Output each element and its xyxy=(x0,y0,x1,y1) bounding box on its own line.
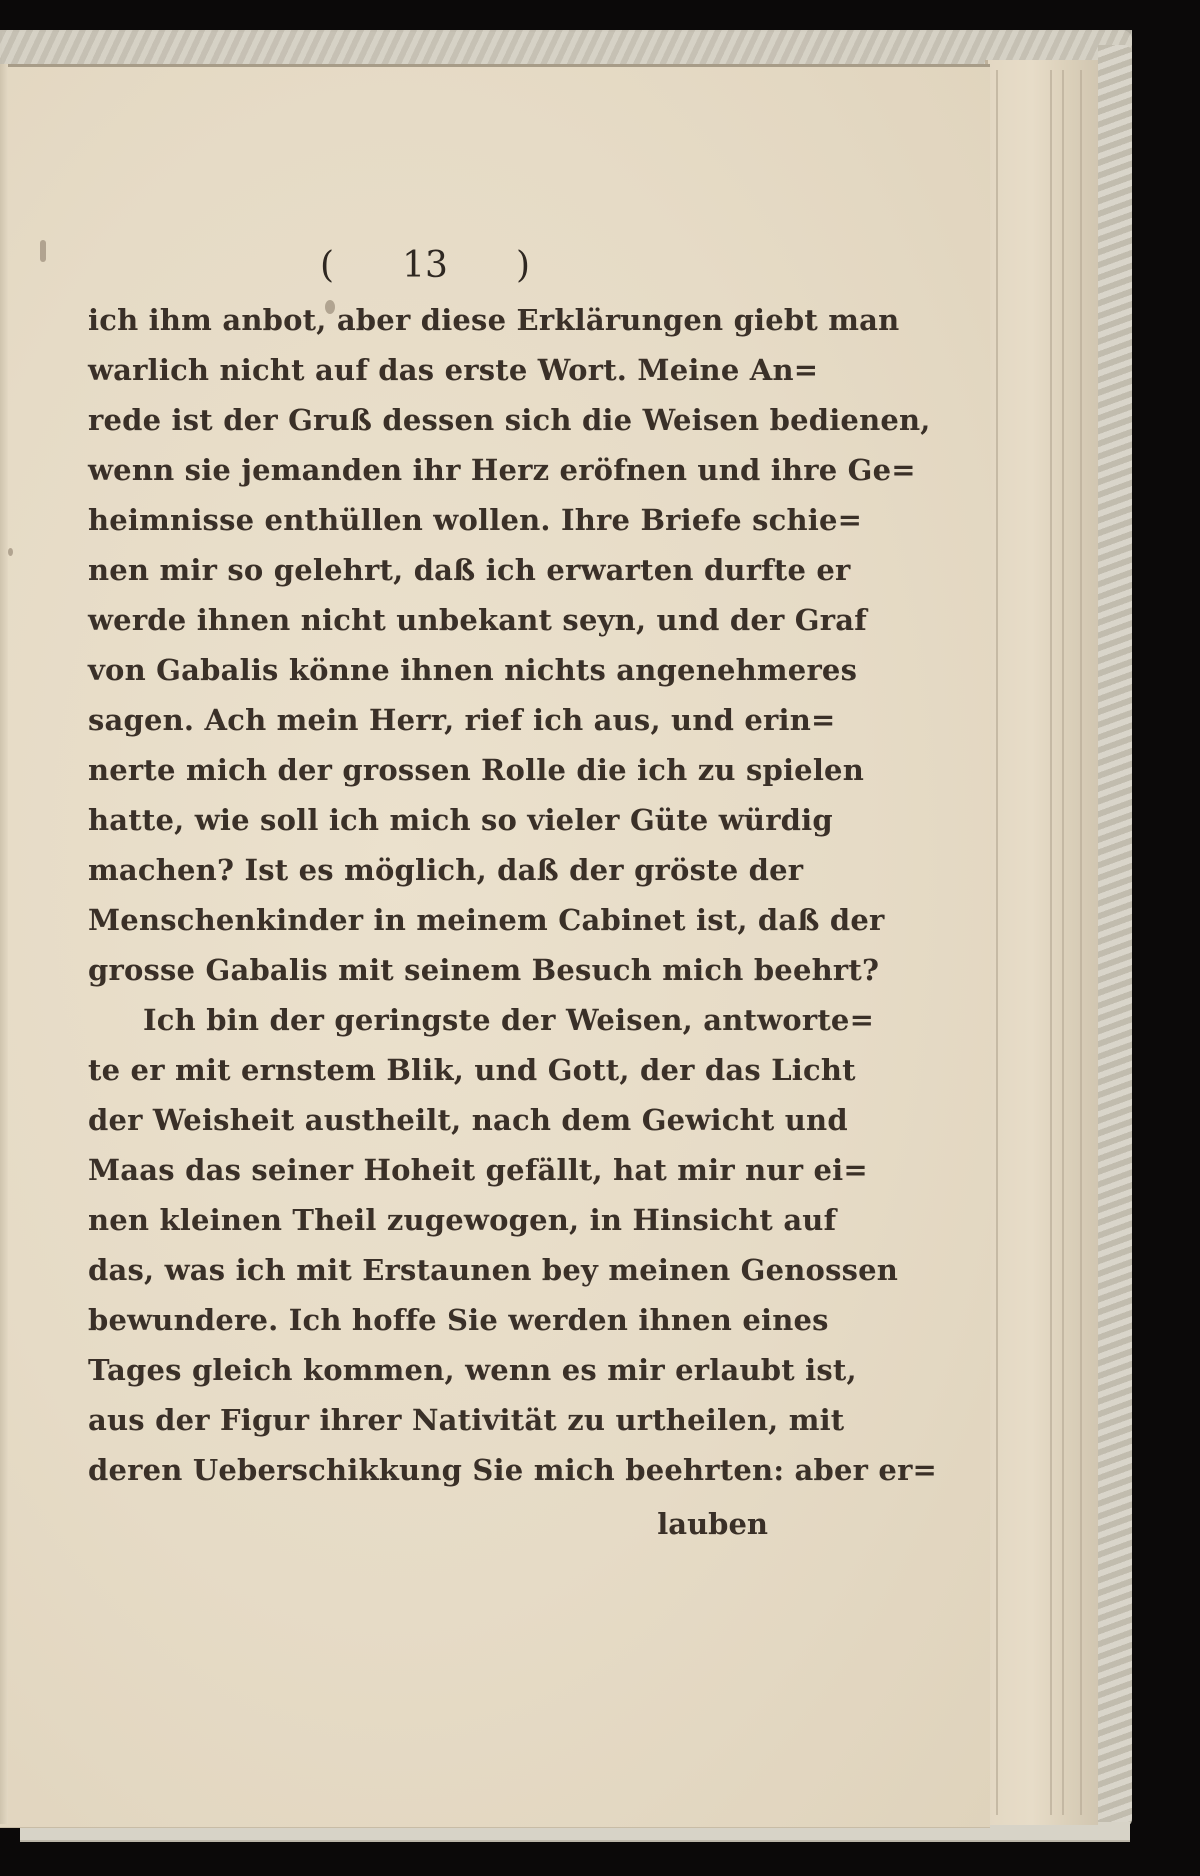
text-line: der Weisheit austheilt, nach dem Gewicht… xyxy=(88,1095,768,1145)
page-edge-line xyxy=(1062,70,1064,1815)
text-line: nerte mich der grossen Rolle die ich zu … xyxy=(88,745,768,795)
page-number-close-paren: ) xyxy=(516,245,530,286)
page-edge-line xyxy=(996,70,998,1815)
paper-stain xyxy=(40,240,46,262)
text-line-paragraph-start: Ich bin der geringste der Weisen, antwor… xyxy=(88,995,768,1045)
text-line: machen? Ist es möglich, daß der gröste d… xyxy=(88,845,768,895)
text-line: hatte, wie soll ich mich so vieler Güte … xyxy=(88,795,768,845)
text-line: das, was ich mit Erstaunen bey meinen Ge… xyxy=(88,1245,768,1295)
page-number-open-paren: ( xyxy=(320,245,334,286)
text-line: rede ist der Gruß dessen sich die Weisen… xyxy=(88,395,768,445)
text-line: Tages gleich kommen, wenn es mir erlaubt… xyxy=(88,1345,768,1395)
text-line: werde ihnen nicht unbekant seyn, und der… xyxy=(88,595,768,645)
page-header: ( 13 ) xyxy=(320,240,530,290)
text-line: nen mir so gelehrt, daß ich erwarten dur… xyxy=(88,545,768,595)
text-line: warlich nicht auf das erste Wort. Meine … xyxy=(88,345,768,395)
text-line: von Gabalis könne ihnen nichts angenehme… xyxy=(88,645,768,695)
body-text: ich ihm anbot, aber diese Erklärungen gi… xyxy=(88,295,768,1495)
text-line: Menschenkinder in meinem Cabinet ist, da… xyxy=(88,895,768,945)
board-right-edge xyxy=(1098,45,1132,1825)
paper-stain xyxy=(8,548,13,556)
text-line: nen kleinen Theil zugewogen, in Hinsicht… xyxy=(88,1195,768,1245)
text-line: wenn sie jemanden ihr Herz eröfnen und i… xyxy=(88,445,768,495)
scan-scene: ( 13 ) ich ihm anbot, aber diese Erkläru… xyxy=(0,0,1200,1876)
text-line: grosse Gabalis mit seinem Besuch mich be… xyxy=(88,945,768,995)
text-line: Maas das seiner Hoheit gefällt, hat mir … xyxy=(88,1145,768,1195)
text-line: bewundere. Ich hoffe Sie werden ihnen ei… xyxy=(88,1295,768,1345)
page-edge-line xyxy=(1080,70,1082,1815)
page-edge-line xyxy=(1050,70,1052,1815)
text-line: sagen. Ach mein Herr, rief ich aus, und … xyxy=(88,695,768,745)
page-number: 13 xyxy=(402,245,448,286)
text-line: te er mit ernstem Blik, und Gott, der da… xyxy=(88,1045,768,1095)
text-line: aus der Figur ihrer Nativität zu urtheil… xyxy=(88,1395,768,1445)
catchword: lauben xyxy=(640,1507,768,1541)
page-stack-edges xyxy=(985,60,1098,1825)
text-line: deren Ueberschikkung Sie mich beehrten: … xyxy=(88,1445,768,1495)
page-gutter xyxy=(0,64,8,1824)
text-line: ich ihm anbot, aber diese Erklärungen gi… xyxy=(88,295,768,345)
text-line: heimnisse enthüllen wollen. Ihre Briefe … xyxy=(88,495,768,545)
